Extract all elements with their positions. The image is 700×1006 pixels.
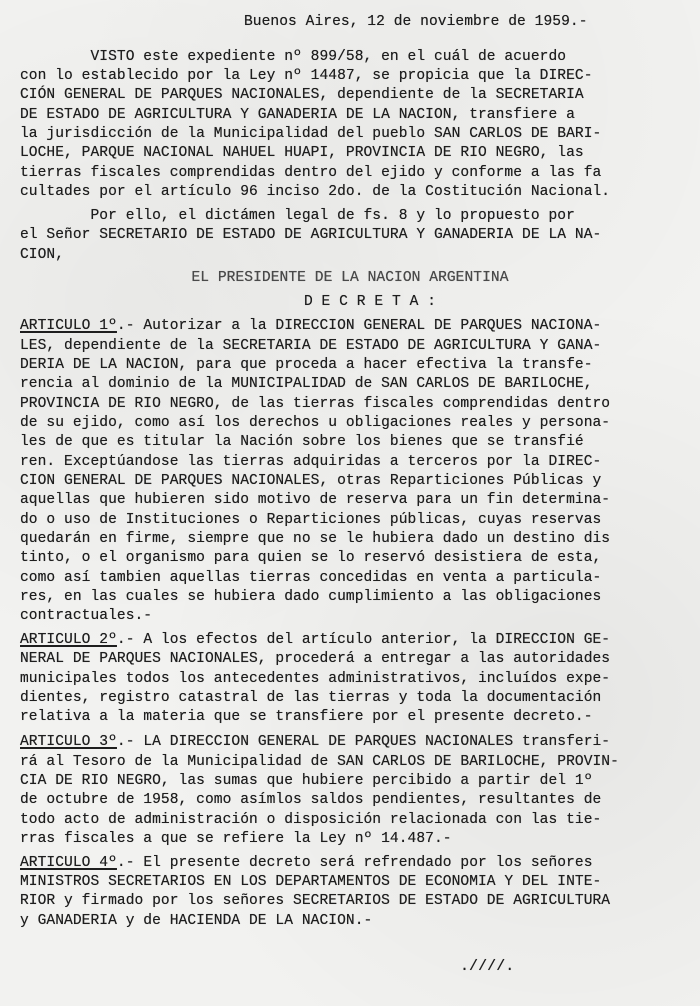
preamble-line: CIÓN GENERAL DE PARQUES NACIONALES, depe…: [20, 86, 682, 105]
preamble-line: DE ESTADO DE AGRICULTURA Y GANADERIA DE …: [20, 106, 682, 125]
end-mark: .////.: [460, 957, 682, 976]
article-line: quedarán en firme, siempre que no se le …: [20, 530, 682, 549]
article-line: PROVINCIA DE RIO NEGRO, de las tierras f…: [20, 395, 682, 414]
preamble-line: la jurisdicción de la Municipalidad del …: [20, 125, 682, 144]
article-line: DERIA DE LA NACION, para que proceda a h…: [20, 356, 682, 375]
preamble-line: LOCHE, PARQUE NACIONAL NAHUEL HUAPI, PRO…: [20, 144, 682, 163]
authority-heading: EL PRESIDENTE DE LA NACION ARGENTINA: [0, 269, 700, 288]
article-line: MINISTROS SECRETARIOS EN LOS DEPARTAMENT…: [20, 873, 682, 892]
article-line: aquellas que hubieren sido motivo de res…: [20, 491, 682, 510]
article-heading: ARTICULO 1º: [20, 318, 117, 334]
considering-line: CION,: [20, 246, 682, 265]
article-line: rencia al dominio de la MUNICIPALIDAD de…: [20, 375, 682, 394]
article-line: do o uso de Instituciones o Reparticione…: [20, 511, 682, 530]
article-line: ren. Exceptúandose las tierras adquirida…: [20, 453, 682, 472]
preamble-line: VISTO este expediente nº 899/58, en el c…: [20, 48, 682, 67]
article-line: municipales todos los antecedentes admin…: [20, 670, 682, 689]
article-line: CION GENERAL DE PARQUES NACIONALES, otra…: [20, 472, 682, 491]
preamble-line: cultades por el artículo 96 inciso 2do. …: [20, 183, 682, 202]
article-line: y GANADERIA y de HACIENDA DE LA NACION.-: [20, 912, 682, 931]
article-line: CIA DE RIO NEGRO, las sumas que hubiere …: [20, 772, 682, 791]
article-line: relativa a la materia que se transfiere …: [20, 708, 682, 727]
article-line: les de que es titular la Nación sobre lo…: [20, 433, 682, 452]
article-line: NERAL DE PARQUES NACIONALES, procederá a…: [20, 650, 682, 669]
article-line: rras fiscales a que se refiere la Ley nº…: [20, 830, 682, 849]
date-line: Buenos Aires, 12 de noviembre de 1959.-: [244, 13, 682, 32]
article-line: tinto, o el organismo para quien se lo r…: [20, 549, 682, 568]
article-line: res, en las cuales se hubiera dado cumpl…: [20, 588, 682, 607]
preamble-line: con lo establecido por la Ley nº 14487, …: [20, 67, 682, 86]
article-line: .- Autorizar a la DIRECCION GENERAL DE P…: [117, 318, 601, 334]
article-line: dientes, registro catastral de las tierr…: [20, 689, 682, 708]
article-line: de su ejido, como así los derechos u obl…: [20, 414, 682, 433]
article-line: de octubre de 1958, como asímlos saldos …: [20, 791, 682, 810]
article-line: contractuales.-: [20, 607, 682, 626]
considering-line: Por ello, el dictámen legal de fs. 8 y l…: [20, 207, 682, 226]
article-heading: ARTICULO 4º: [20, 855, 117, 871]
article-line: LES, dependiente de la SECRETARIA DE EST…: [20, 337, 682, 356]
article-line: RIOR y firmado por los señores SECRETARI…: [20, 892, 682, 911]
preamble-line: tierras fiscales comprendidas dentro del…: [20, 164, 682, 183]
article-line: como así tambien aquellas tierras conced…: [20, 569, 682, 588]
article-line: .- LA DIRECCION GENERAL DE PARQUES NACIO…: [117, 734, 610, 750]
decree-heading: D E C R E T A :: [40, 293, 700, 312]
article-line: rá al Tesoro de la Municipalidad de SAN …: [20, 753, 682, 772]
article-line: .- A los efectos del artículo anterior, …: [117, 632, 610, 648]
article-heading: ARTICULO 2º: [20, 632, 117, 648]
article-heading: ARTICULO 3º: [20, 734, 117, 750]
article-line: todo acto de administración o disposició…: [20, 811, 682, 830]
article-line: .- El presente decreto será refrendado p…: [117, 855, 593, 871]
considering-line: el Señor SECRETARIO DE ESTADO DE AGRICUL…: [20, 226, 682, 245]
decree-page: Buenos Aires, 12 de noviembre de 1959.- …: [0, 0, 700, 1006]
